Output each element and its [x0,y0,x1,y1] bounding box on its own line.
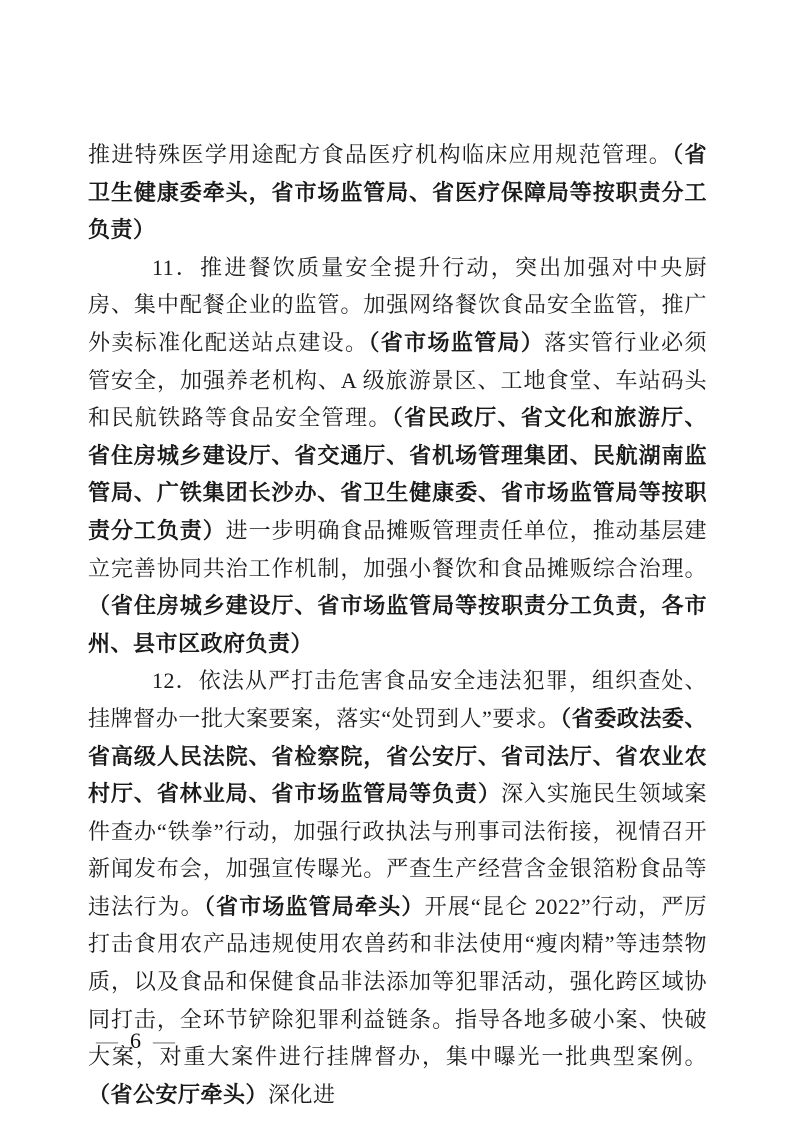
paragraph-item-11: 11．推进餐饮质量安全提升行动，突出加强对中央厨房、集中配餐企业的监管。加强网络… [88,249,707,663]
footer-dash-right: — [153,1028,175,1053]
text-run: 推进特殊医学用途配方食品医疗机构临床应用规范管理。 [88,142,672,167]
page-footer: —6— [96,1027,175,1055]
document-page: 推进特殊医学用途配方食品医疗机构临床应用规范管理。（省卫生健康委牵头，省市场监管… [0,0,793,1122]
responsibility-clause: （省市场监管局牵头） [204,894,425,919]
paragraph-continuation: 推进特殊医学用途配方食品医疗机构临床应用规范管理。（省卫生健康委牵头，省市场监管… [88,136,707,249]
responsibility-clause: （省住房城乡建设厅、省市场监管局等按职责分工负责，各市州、县市区政府负责） [88,593,707,656]
text-run: 开展“昆仑 2022”行动，严厉打击食用农产品违规使用农兽药和非法使用“瘦肉精”… [88,894,707,1069]
footer-dash-left: — [96,1028,118,1053]
responsibility-clause: （省公安厅牵头） [88,1082,268,1107]
document-body: 推进特殊医学用途配方食品医疗机构临床应用规范管理。（省卫生健康委牵头，省市场监管… [88,136,707,1113]
page-number: 6 [130,1027,141,1055]
paragraph-item-12: 12．依法从严打击危害食品安全违法犯罪，组织查处、挂牌督办一批大案要案，落实“处… [88,662,707,1113]
responsibility-clause: （省市场监管局） [368,330,544,355]
text-run: 深化进 [268,1082,336,1107]
